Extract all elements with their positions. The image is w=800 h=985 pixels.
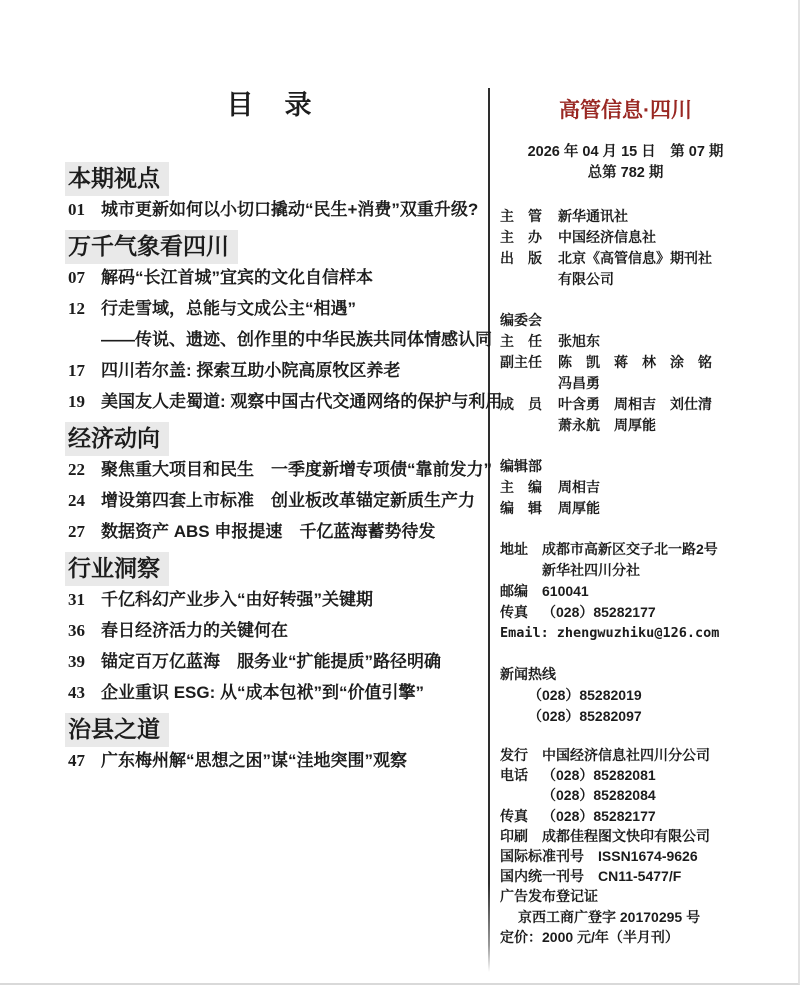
issn-row: 国际标准刊号 ISSN1674-9626 <box>500 846 796 866</box>
ad-license-header: 广告发布登记证 <box>500 886 796 906</box>
cn-number-row: 国内统一刊号 CN11-5477/F <box>500 866 796 886</box>
magazine-contents-page: 目 录 本期视点 01 城市更新如何以小切口撬动“民生+消费”双重升级? 万千气… <box>0 0 800 985</box>
toc-item: 47 广东梅州解“思想之困”谋“洼地突围”观察 <box>68 750 472 772</box>
fax-row: 传真 （028）85282177 <box>500 602 796 623</box>
board-director-value: 张旭东 <box>558 331 600 352</box>
publisher-row: 出 版 北京《高管信息》期刊社 <box>500 248 796 269</box>
supervisor-label: 主 管 <box>500 206 558 227</box>
section-header-jingjidongxiang: 经济动向 <box>65 422 169 456</box>
editorial-dept-header: 编辑部 <box>500 456 796 477</box>
cumulative-issue-number: 总第 782 期 <box>500 163 751 184</box>
toc-item-page-number: 27 <box>68 521 101 543</box>
ad-license-number: 京西工商广登字 20170295 号 <box>500 907 796 927</box>
chief-editor-row: 主 编 周相吉 <box>500 477 796 498</box>
toc-item-title: 城市更新如何以小切口撬动“民生+消费”双重升级? <box>101 199 478 221</box>
editor-row: 编 辑 周厚能 <box>500 498 796 519</box>
board-members-row: 成 员 叶含勇 周相吉 刘仕清 <box>500 394 796 415</box>
printer-row: 印刷 成都佳程图文快印有限公司 <box>500 826 796 846</box>
postcode-label: 邮编 <box>500 581 542 602</box>
phone-value-2: （028）85282084 <box>500 785 796 805</box>
editor-label: 编 辑 <box>500 498 558 519</box>
section-header-wrap: 本期视点 <box>68 162 472 196</box>
section-header-wrap: 治县之道 <box>68 713 472 747</box>
chief-editor-value: 周相吉 <box>558 477 600 498</box>
toc-item: 07 解码“长江首城”宜宾的文化自信样本 <box>68 267 472 289</box>
toc-item: 17 四川若尔盖: 探索互助小院高原牧区养老 <box>68 360 472 382</box>
toc-item-page-number: 36 <box>68 620 101 642</box>
spacer <box>500 436 796 456</box>
chief-editor-label: 主 编 <box>500 477 558 498</box>
supervisor-value: 新华通讯社 <box>558 206 628 227</box>
toc-item-subtitle-text: ——传说、遗迹、创作里的中华民族共同体情感认同 <box>101 329 492 351</box>
toc-item: 31 千亿科幻产业步入“由好转强”关键期 <box>68 589 472 611</box>
toc-item-title: 增设第四套上市标准 创业板改革锚定新质生产力 <box>101 490 475 512</box>
board-director-label: 主 任 <box>500 331 558 352</box>
address-row: 地址 成都市高新区交子北一路2号 <box>500 539 796 560</box>
board-members-line1: 叶含勇 周相吉 刘仕清 <box>558 394 712 415</box>
postcode-value: 610041 <box>542 581 589 602</box>
editorial-board-header: 编委会 <box>500 310 796 331</box>
section-header-wrap: 万千气象看四川 <box>68 230 472 264</box>
issue-date: 2026 年 04 月 15 日 第 07 期 <box>500 142 751 163</box>
email-row: Email: zhengwuzhiku@126.com <box>500 623 796 644</box>
column-divider <box>488 88 490 972</box>
toc-item-title: 数据资产 ABS 申报提速 千亿蓝海蓄势待发 <box>101 521 435 543</box>
email-label: Email: <box>500 623 549 644</box>
toc-item-title: 聚焦重大项目和民生 一季度新增专项债“靠前发力” <box>101 459 492 481</box>
board-members-label: 成 员 <box>500 394 558 415</box>
distribution-label: 发行 <box>500 745 542 765</box>
toc-item-subtitle: ——传说、遗迹、创作里的中华民族共同体情感认同 <box>68 329 472 351</box>
publisher-value-line2: 有限公司 <box>500 269 796 290</box>
fax2-label: 传真 <box>500 806 542 826</box>
toc-item-title: 千亿科幻产业步入“由好转强”关键期 <box>101 589 373 611</box>
hotline-number-2: （028）85282097 <box>500 706 796 727</box>
toc-item-page-number: 22 <box>68 459 101 481</box>
toc-column: 目 录 本期视点 01 城市更新如何以小切口撬动“民生+消费”双重升级? 万千气… <box>68 88 472 781</box>
section-header-benqishidian: 本期视点 <box>65 162 169 196</box>
board-deputy-line1: 陈 凯 蒋 林 涂 铭 <box>558 352 712 373</box>
phone-value-1: （028）85282081 <box>542 765 656 785</box>
toc-item-page-number: 39 <box>68 651 101 673</box>
address-label: 地址 <box>500 539 542 560</box>
address-line1: 成都市高新区交子北一路2号 <box>542 539 718 560</box>
toc-item-title: 锚定百万亿蓝海 服务业“扩能提质”路径明确 <box>101 651 441 673</box>
fax2-row: 传真 （028）85282177 <box>500 806 796 826</box>
section-header-wanqianqixiang: 万千气象看四川 <box>65 230 238 264</box>
section-header-hangyedongcha: 行业洞察 <box>65 552 169 586</box>
spacer <box>500 519 796 539</box>
toc-title: 目 录 <box>68 88 472 122</box>
spacer <box>500 290 796 310</box>
board-members-line2: 萧永航 周厚能 <box>500 415 796 436</box>
toc-item-title: 美国友人走蜀道: 观察中国古代交通网络的保护与利用 <box>101 391 502 413</box>
toc-item-page-number: 01 <box>68 199 101 221</box>
toc-item-page-number: 47 <box>68 750 101 772</box>
toc-item: 43 企业重识 ESG: 从“成本包袱”到“价值引擎” <box>68 682 472 704</box>
phone-label: 电话 <box>500 765 542 785</box>
toc-item: 27 数据资产 ABS 申报提速 千亿蓝海蓄势待发 <box>68 521 472 543</box>
toc-item: 36 春日经济活力的关键何在 <box>68 620 472 642</box>
toc-item-page-number: 24 <box>68 490 101 512</box>
toc-item-title: 四川若尔盖: 探索互助小院高原牧区养老 <box>101 360 400 382</box>
board-deputy-row: 副主任 陈 凯 蒋 林 涂 铭 <box>500 352 796 373</box>
toc-item-title: 行走雪域，总能与文成公主“相遇” <box>101 298 356 320</box>
toc-item: 19 美国友人走蜀道: 观察中国古代交通网络的保护与利用 <box>68 391 472 413</box>
section-header-wrap: 行业洞察 <box>68 552 472 586</box>
cn-number-label: 国内统一刊号 <box>500 866 584 886</box>
toc-item-title: 广东梅州解“思想之困”谋“洼地突围”观察 <box>101 750 407 772</box>
masthead-column: 高管信息·四川 2026 年 04 月 15 日 第 07 期 总第 782 期… <box>500 96 796 947</box>
toc-item: 12 行走雪域，总能与文成公主“相遇” <box>68 298 472 320</box>
toc-item-page-number: 07 <box>68 267 101 289</box>
toc-item-title: 解码“长江首城”宜宾的文化自信样本 <box>101 267 373 289</box>
publisher-value-line1: 北京《高管信息》期刊社 <box>558 248 712 269</box>
fax-label: 传真 <box>500 602 542 623</box>
printer-label: 印刷 <box>500 826 542 846</box>
toc-item-title: 春日经济活力的关键何在 <box>101 620 288 642</box>
hotline-header: 新闻热线 <box>500 664 796 685</box>
board-director-row: 主 任 张旭东 <box>500 331 796 352</box>
toc-item-title: 企业重识 ESG: 从“成本包袱”到“价值引擎” <box>101 682 424 704</box>
fax-value: （028）85282177 <box>542 602 656 623</box>
spacer <box>500 727 796 745</box>
toc-item-page-number: 17 <box>68 360 101 382</box>
email-value: zhengwuzhiku@126.com <box>557 623 720 644</box>
toc-item: 39 锚定百万亿蓝海 服务业“扩能提质”路径明确 <box>68 651 472 673</box>
toc-item-page-number: 12 <box>68 298 101 320</box>
publisher-label: 出 版 <box>500 248 558 269</box>
price-line: 定价：2000 元/年（半月刊） <box>500 927 796 947</box>
distribution-block: 发行 中国经济信息社四川分公司 电话 （028）85282081 （028）85… <box>500 745 796 947</box>
cn-number-value: CN11-5477/F <box>598 866 681 886</box>
organizer-label: 主 办 <box>500 227 558 248</box>
supervisor-row: 主 管 新华通讯社 <box>500 206 796 227</box>
toc-item-page-number: 43 <box>68 682 101 704</box>
hotline-number-1: （028）85282019 <box>500 685 796 706</box>
toc-item: 01 城市更新如何以小切口撬动“民生+消费”双重升级? <box>68 199 472 221</box>
postcode-row: 邮编 610041 <box>500 581 796 602</box>
organizer-value: 中国经济信息社 <box>558 227 656 248</box>
publication-title: 高管信息·四川 <box>500 96 751 126</box>
toc-item: 22 聚焦重大项目和民生 一季度新增专项债“靠前发力” <box>68 459 472 481</box>
section-header-zhixianzhidao: 治县之道 <box>65 713 169 747</box>
fax2-value: （028）85282177 <box>542 806 656 826</box>
section-header-wrap: 经济动向 <box>68 422 472 456</box>
organizer-row: 主 办 中国经济信息社 <box>500 227 796 248</box>
distribution-value: 中国经济信息社四川分公司 <box>542 745 710 765</box>
toc-item-page-number: 19 <box>68 391 101 413</box>
issn-label: 国际标准刊号 <box>500 846 584 866</box>
printer-value: 成都佳程图文快印有限公司 <box>542 826 710 846</box>
toc-item-page-number: 31 <box>68 589 101 611</box>
board-deputy-label: 副主任 <box>500 352 558 373</box>
editor-value: 周厚能 <box>558 498 600 519</box>
board-deputy-line2: 冯昌勇 <box>500 373 796 394</box>
issn-value: ISSN1674-9626 <box>598 846 698 866</box>
masthead: 高管信息·四川 2026 年 04 月 15 日 第 07 期 总第 782 期 <box>500 96 796 184</box>
phone-row: 电话 （028）85282081 <box>500 765 796 785</box>
distribution-row: 发行 中国经济信息社四川分公司 <box>500 745 796 765</box>
toc-item: 24 增设第四套上市标准 创业板改革锚定新质生产力 <box>68 490 472 512</box>
spacer <box>500 644 796 664</box>
address-line2: 新华社四川分社 <box>500 560 796 581</box>
